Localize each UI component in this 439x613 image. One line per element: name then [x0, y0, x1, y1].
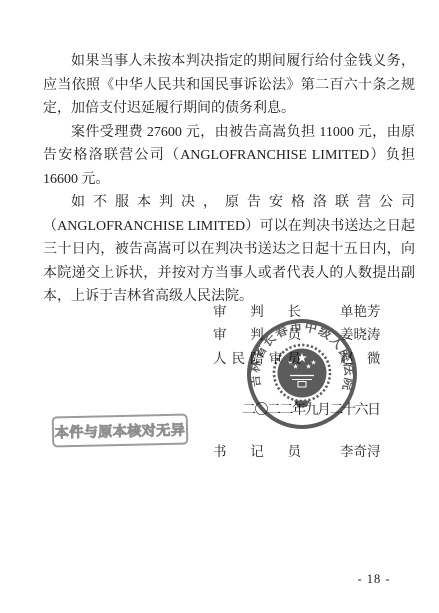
verification-stamp-text: 本件与原本核对无异 [55, 419, 186, 442]
signature-row-judge: 审 判 员 姜晓涛 [213, 323, 381, 347]
signature-name: 姜晓涛 [340, 325, 381, 345]
signature-role: 审 判 长 [213, 302, 301, 322]
signature-name: 赵 微 [340, 349, 381, 369]
judgment-body: 如果当事人未按本判决指定的期间履行给付金钱义务，应当依照《中华人民共和国民事诉讼… [43, 50, 415, 309]
judgment-page: 如果当事人未按本判决指定的期间履行给付金钱义务，应当依照《中华人民共和国民事诉讼… [0, 0, 439, 613]
signature-role: 审 判 员 [213, 325, 301, 345]
page-number: - 18 - [348, 572, 400, 587]
signature-role: 书 记 员 [213, 442, 301, 462]
signature-row-peoples-assessor: 人民陪审员 赵 微 [213, 347, 381, 371]
signature-name: 李奇浔 [340, 442, 381, 462]
judgment-date: 二〇二二年九月二十六日 [242, 399, 380, 419]
paragraph-appeal-rights: 如不服本判决，原告安格洛联营公司（ANGLOFRANCHISE LIMITED）… [43, 191, 415, 309]
paragraph-interest-clause: 如果当事人未按本判决指定的期间履行给付金钱义务，应当依照《中华人民共和国民事诉讼… [43, 50, 415, 121]
verification-stamp: 本件与原本核对无异 [52, 414, 189, 448]
signature-role: 人民陪审员 [213, 349, 301, 369]
signature-name: 单艳芳 [340, 302, 381, 322]
signature-row-presiding-judge: 审 判 长 单艳芳 [213, 300, 381, 324]
paragraph-court-fees: 案件受理费 27600 元，由被告高嵩负担 11000 元，由原告安格洛联营公司… [43, 121, 415, 192]
signature-row-clerk: 书 记 员 李奇浔 [213, 440, 381, 464]
